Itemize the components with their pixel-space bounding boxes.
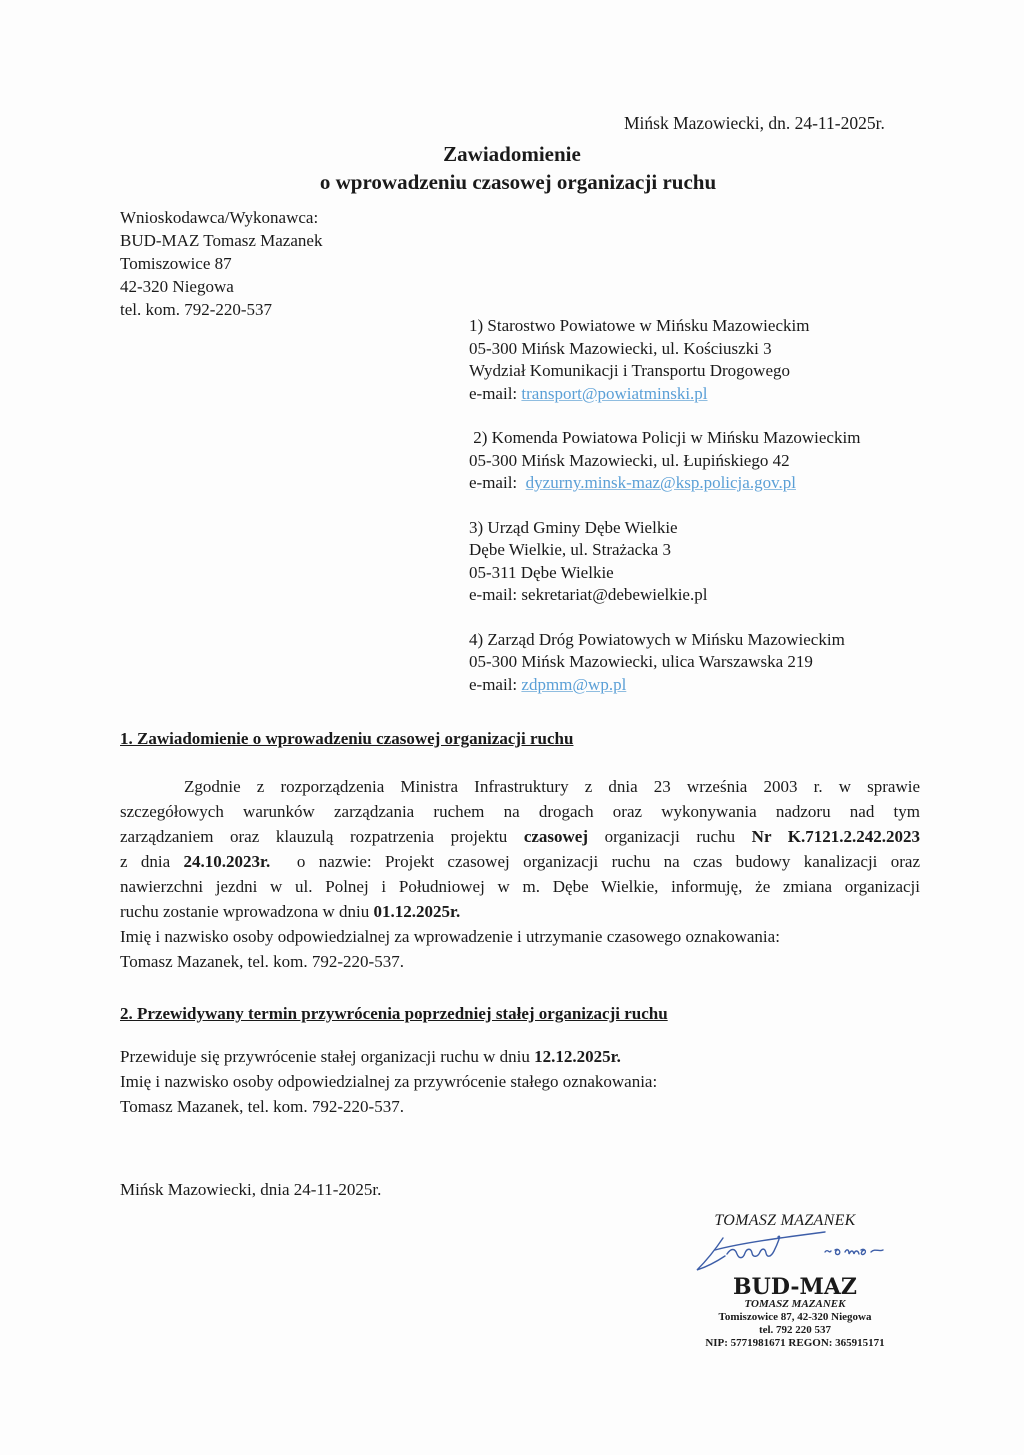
permit-date: 24.10.2023r. bbox=[184, 852, 271, 871]
company-stamp: TOMASZ MAZANEK BUD-MAZ TOMASZ MAZANEK To… bbox=[650, 1212, 940, 1350]
recipient-item: 1) Starostwo Powiatowe w Mińsku Mazowiec… bbox=[469, 315, 860, 405]
section2-responsible-person: Tomasz Mazanek, tel. kom. 792-220-537. bbox=[120, 1094, 920, 1119]
section2-responsible-label: Imię i nazwisko osoby odpowiedzialnej za… bbox=[120, 1069, 920, 1094]
applicant-name: BUD-MAZ Tomasz Mazanek bbox=[120, 229, 322, 252]
stamp-owner-name: TOMASZ MAZANEK bbox=[650, 1298, 940, 1311]
text-run: ruchu zostanie wprowadzona w dniu bbox=[120, 902, 374, 921]
email-link[interactable]: transport@powiatminski.pl bbox=[521, 384, 707, 403]
section1-line: Zgodnie z rozporządzenia Ministra Infras… bbox=[120, 774, 920, 799]
recipients-list: 1) Starostwo Powiatowe w Mińsku Mazowiec… bbox=[469, 315, 860, 718]
text-run: o nazwie: Projekt czasowej organizacji r… bbox=[270, 852, 920, 871]
applicant-block: Wnioskodawca/Wykonawca: BUD-MAZ Tomasz M… bbox=[120, 206, 322, 321]
section1-line: ruchu zostanie wprowadzona w dniu 01.12.… bbox=[120, 899, 920, 924]
signature-icon bbox=[675, 1230, 915, 1274]
document-title: Zawiadomienie bbox=[0, 142, 1024, 167]
email-label: e-mail: bbox=[469, 675, 521, 694]
text-run: z dnia bbox=[120, 852, 184, 871]
text-run: zarządzaniem oraz klauzulą rozpatrzenia … bbox=[120, 827, 524, 846]
start-date: 01.12.2025r. bbox=[374, 902, 461, 921]
recipient-line: 05-300 Mińsk Mazowiecki, ul. Kościuszki … bbox=[469, 338, 860, 361]
recipient-email-row: e-mail: sekretariat@debewielkie.pl bbox=[469, 584, 860, 607]
end-date: 12.12.2025r. bbox=[534, 1047, 621, 1066]
section1-responsible-person: Tomasz Mazanek, tel. kom. 792-220-537. bbox=[120, 949, 920, 974]
stamp-phone: tel. 792 220 537 bbox=[650, 1324, 940, 1337]
section1-line: z dnia 24.10.2023r. o nazwie: Projekt cz… bbox=[120, 849, 920, 874]
permit-number: Nr K.7121.2.242.2023 bbox=[752, 827, 920, 846]
recipient-line: 4) Zarząd Dróg Powiatowych w Mińsku Mazo… bbox=[469, 629, 860, 652]
applicant-phone: tel. kom. 792-220-537 bbox=[120, 298, 322, 321]
recipient-item: 4) Zarząd Dróg Powiatowych w Mińsku Mazo… bbox=[469, 629, 860, 697]
recipient-line: Wydział Komunikacji i Transportu Drogowe… bbox=[469, 360, 860, 383]
place-date-footer: Mińsk Mazowiecki, dnia 24-11-2025r. bbox=[120, 1180, 381, 1200]
recipient-email-row: e-mail: zdpmm@wp.pl bbox=[469, 674, 860, 697]
stamp-address: Tomiszowice 87, 42-320 Niegowa bbox=[650, 1311, 940, 1324]
recipient-line: 05-300 Mińsk Mazowiecki, ulica Warszawsk… bbox=[469, 651, 860, 674]
text-run: organizacji ruchu bbox=[588, 827, 752, 846]
recipient-item: 3) Urząd Gminy Dębe WielkieDębe Wielkie,… bbox=[469, 517, 860, 607]
email-label: e-mail: bbox=[469, 585, 521, 604]
section2-heading: 2. Przewidywany termin przywrócenia popr… bbox=[120, 1004, 668, 1024]
document-subtitle: o wprowadzeniu czasowej organizacji ruch… bbox=[0, 170, 1024, 195]
recipient-line: 05-300 Mińsk Mazowiecki, ul. Łupińskiego… bbox=[469, 450, 860, 473]
applicant-postal-city: 42-320 Niegowa bbox=[120, 275, 322, 298]
place-date-header: Mińsk Mazowiecki, dn. 24-11-2025r. bbox=[624, 113, 885, 134]
recipient-line: 2) Komenda Powiatowa Policji w Mińsku Ma… bbox=[469, 427, 860, 450]
stamp-tax-ids: NIP: 5771981671 REGON: 365915171 bbox=[650, 1337, 940, 1350]
section1-heading: 1. Zawiadomienie o wprowadzeniu czasowej… bbox=[120, 729, 573, 749]
section2-body: Przewiduje się przywrócenie stałej organ… bbox=[120, 1044, 920, 1119]
email-link[interactable]: zdpmm@wp.pl bbox=[521, 675, 626, 694]
recipient-email-row: e-mail: transport@powiatminski.pl bbox=[469, 383, 860, 406]
recipient-line: 3) Urząd Gminy Dębe Wielkie bbox=[469, 517, 860, 540]
section1-responsible-label: Imię i nazwisko osoby odpowiedzialnej za… bbox=[120, 924, 920, 949]
recipient-item: 2) Komenda Powiatowa Policji w Mińsku Ma… bbox=[469, 427, 860, 495]
section1-body: Zgodnie z rozporządzenia Ministra Infras… bbox=[120, 774, 920, 974]
section1-line: szczegółowych warunków zarządzania ruche… bbox=[120, 799, 920, 824]
recipient-line: 1) Starostwo Powiatowe w Mińsku Mazowiec… bbox=[469, 315, 860, 338]
section2-line: Przewiduje się przywrócenie stałej organ… bbox=[120, 1044, 920, 1069]
text-run-bold: czasowej bbox=[524, 827, 588, 846]
section1-line: zarządzaniem oraz klauzulą rozpatrzenia … bbox=[120, 824, 920, 849]
text-run: Przewiduje się przywrócenie stałej organ… bbox=[120, 1047, 534, 1066]
applicant-label: Wnioskodawca/Wykonawca: bbox=[120, 206, 322, 229]
recipient-line: Dębe Wielkie, ul. Strażacka 3 bbox=[469, 539, 860, 562]
applicant-street: Tomiszowice 87 bbox=[120, 252, 322, 275]
email-label: e-mail: bbox=[469, 384, 521, 403]
email-link[interactable]: dyzurny.minsk-maz@ksp.policja.gov.pl bbox=[526, 473, 796, 492]
stamp-company-name: BUD-MAZ bbox=[650, 1276, 940, 1298]
section1-line: nawierzchni jezdni w ul. Polnej i Połudn… bbox=[120, 874, 920, 899]
document-page: Mińsk Mazowiecki, dn. 24-11-2025r. Zawia… bbox=[0, 0, 1024, 1455]
email-label: e-mail: bbox=[469, 473, 526, 492]
email-link: sekretariat@debewielkie.pl bbox=[521, 585, 707, 604]
recipient-line: 05-311 Dębe Wielkie bbox=[469, 562, 860, 585]
recipient-email-row: e-mail: dyzurny.minsk-maz@ksp.policja.go… bbox=[469, 472, 860, 495]
signer-name: TOMASZ MAZANEK bbox=[630, 1212, 940, 1230]
